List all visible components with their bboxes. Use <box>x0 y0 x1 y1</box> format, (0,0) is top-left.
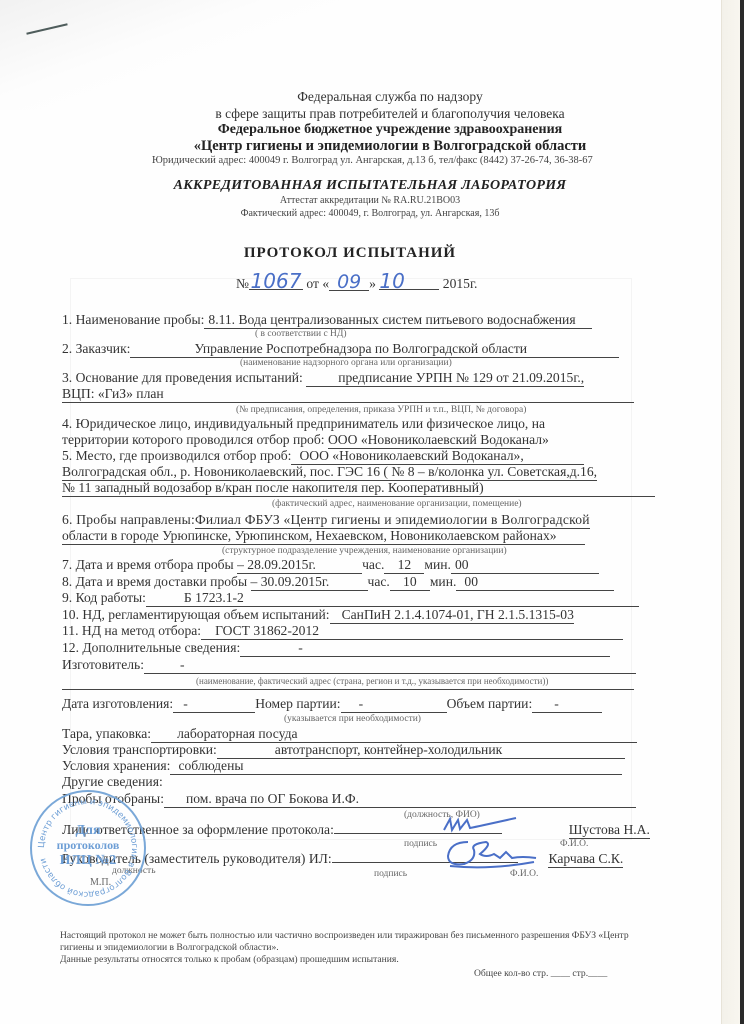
batch-label: Номер партии: <box>255 696 340 711</box>
work-code-value: Б 1723.1-2 <box>146 590 639 607</box>
scan-edge-border <box>740 0 744 1024</box>
field-sampling-place: 5. Место, где производился отбор проб:ОО… <box>62 448 584 465</box>
transport-value: автотранспорт, контейнер-холодильник <box>217 742 625 759</box>
label: 9. Код работы: <box>62 590 146 605</box>
manufacturer-value: - <box>144 657 636 674</box>
basis-value-1: предписание УРПН № 129 от 21.09.2015г., <box>306 370 584 387</box>
delivery-date: – 30.09.2015г. <box>251 574 368 591</box>
sampling-place-line-3: № 11 западный водозабор в/кран после нак… <box>62 480 655 497</box>
label: Тара, упаковка: <box>62 726 151 741</box>
protocol-number-row: №1067 от «09» 10 2015г. <box>236 273 477 292</box>
field-basis: 3. Основание для проведения испытаний: п… <box>62 370 584 387</box>
regulation-value: СанПиН 2.1.4.1074-01, ГН 2.1.5.1315-03 <box>330 607 574 624</box>
number-prefix: № <box>236 276 249 291</box>
head-signature-icon <box>430 836 540 872</box>
sampled-by-value: пом. врача по ОГ Бокова И.Ф. <box>164 791 636 808</box>
legal-address: Юридический адрес: 400049 г. Волгоград у… <box>152 155 593 166</box>
accreditation: Аттестат аккредитации № RA.RU.21ВО03 <box>140 195 600 206</box>
stamp-line-3: ИЛЦ №2 <box>32 854 144 868</box>
delivery-min: 00 <box>456 574 614 591</box>
stamp-line-2: протоколов <box>32 838 144 852</box>
label: 7. Дата и время отбора пробы <box>62 557 234 572</box>
field-extra-info: 12. Дополнительные сведения:- <box>62 640 610 657</box>
responsible-name: Шустова Н.А. <box>569 822 650 839</box>
sent-to-line-2: области в городе Урюпинске, Урюпинском, … <box>62 528 585 545</box>
field-package: Тара, упаковка:лабораторная посуда <box>62 726 637 743</box>
made-date-label: Дата изготовления: <box>62 696 173 711</box>
field-sampled-by: Пробы отобраны:пом. врача по ОГ Бокова И… <box>62 791 636 808</box>
sent-to-value-1: Филиал ФБУЗ «Центр гигиены и эпидемиолог… <box>195 512 590 529</box>
field-batch: Дата изготовления:-Номер партии:-Объем п… <box>62 696 602 713</box>
batch-value: - <box>341 696 447 713</box>
field-delivery-datetime: 8. Дата и время доставки пробы – 30.09.2… <box>62 574 614 591</box>
protocol-month: 10 <box>379 273 439 290</box>
extra-info-value: - <box>240 640 610 657</box>
label: 6. Пробы направлены: <box>62 512 195 527</box>
protocol-number: 1067 <box>249 273 303 290</box>
day-close: » <box>369 276 376 291</box>
made-date-value: - <box>173 696 255 713</box>
responsible-row: Лицо ответственное за оформление протоко… <box>62 822 650 839</box>
basis-value-2: ВЦП: «ГиЗ» план <box>62 386 634 403</box>
field-work-code: 9. Код работы:Б 1723.1-2 <box>62 590 639 607</box>
organization-stamp: Центр гигиены и эпидемиологии в Волгогра… <box>30 790 146 906</box>
field-transport: Условия транспортировки:автотранспорт, к… <box>62 742 625 759</box>
min-label: мин. <box>424 557 451 572</box>
batch-volume-value: - <box>532 696 602 713</box>
header-org-name: «Центр гигиены и эпидемиологии в Волгогр… <box>160 138 620 155</box>
field-customer: 2. Заказчик:Управление Роспотребнадзора … <box>62 341 619 358</box>
scan-edge-strip <box>721 0 740 1024</box>
sampling-hour: 12 <box>384 557 424 574</box>
label: Условия транспортировки: <box>62 742 217 757</box>
label: 5. Место, где производился отбор проб: <box>62 448 291 463</box>
field-manufacturer: Изготовитель:- <box>62 657 636 674</box>
protocol-day: 09 <box>329 274 369 291</box>
field-storage: Условия хранения:соблюдены <box>62 758 622 775</box>
lab-title: АККРЕДИТОВАННАЯ ИСПЫТАТЕЛЬНАЯ ЛАБОРАТОРИ… <box>140 178 600 194</box>
package-value: лабораторная посуда <box>151 726 637 743</box>
label: 1. Наименование пробы: <box>62 312 204 327</box>
label: территории которого проводился отбор про… <box>62 432 325 447</box>
field-sampling-method: 11. НД на метод отбора:ГОСТ 31862-2012 <box>62 623 623 640</box>
sent-to-caption: (структурное подразделение учреждения, н… <box>222 546 507 556</box>
customer-caption: (наименование надзорного органа или орга… <box>240 358 452 368</box>
footer-notice-2: гигиены и эпидемиологии в Волгоградской … <box>60 942 279 954</box>
basis-caption: (№ предписания, определения, приказа УРП… <box>236 405 526 415</box>
label: 12. Дополнительные сведения: <box>62 640 240 655</box>
footer-notice-3: Данные результаты относятся только к про… <box>60 954 399 966</box>
label: 11. НД на метод отбора: <box>62 623 201 638</box>
field-basis-line-2: ВЦП: «ГиЗ» план <box>62 386 634 403</box>
sampling-min: 00 <box>451 557 599 574</box>
protocol-title: ПРОТОКОЛ ИСПЫТАНИЙ <box>180 245 520 262</box>
responsible-name-caption: Ф.И.О. <box>560 839 588 849</box>
sampling-method-value: ГОСТ 31862-2012 <box>201 623 623 640</box>
min-label: мин. <box>430 574 457 589</box>
footer-notice-1: Настоящий протокол не может быть полност… <box>60 930 629 942</box>
header-line-1: Федеральная служба по надзору <box>160 89 620 105</box>
storage-value: соблюдены <box>170 758 622 775</box>
label: 2. Заказчик: <box>62 341 130 356</box>
label: 3. Основание для проведения испытаний: <box>62 370 303 385</box>
sample-name-value: 8.11. Вода централизованных систем питье… <box>204 312 591 329</box>
header-line-2: в сфере защиты прав потребителей и благо… <box>160 106 620 122</box>
protocol-year: 2015г. <box>443 276 478 291</box>
batch-volume-label: Объем партии: <box>447 696 533 711</box>
label: 10. НД, регламентирующая объем испытаний… <box>62 607 330 622</box>
customer-value: Управление Роспотребнадзора по Волгоград… <box>130 341 619 358</box>
label: 8. Дата и время доставки пробы <box>62 574 247 589</box>
sampling-date: – 28.09.2015г. <box>237 557 362 574</box>
from-label: от « <box>306 276 329 291</box>
field-legal-entity-label: 4. Юридическое лицо, индивидуальный пред… <box>62 416 545 432</box>
manufacturer-extra-line <box>62 689 634 690</box>
hour-label: час. <box>368 574 390 589</box>
sampling-place-value-2: Волгоградская обл., р. Новониколаевский,… <box>62 464 597 481</box>
label: Условия хранения: <box>62 758 170 773</box>
sample-name-caption: ( в соответствии с НД) <box>255 329 347 339</box>
delivery-hour: 10 <box>390 574 430 591</box>
batch-caption: (указывается при необходимости) <box>284 714 421 724</box>
sent-to-value-2: области в городе Урюпинске, Урюпинском, … <box>62 528 585 545</box>
field-sample-name: 1. Наименование пробы:8.11. Вода централ… <box>62 312 592 329</box>
legal-entity-value: ООО «Новониколаевский Водоканал» <box>328 432 530 449</box>
sampling-place-value-3: № 11 западный водозабор в/кран после нак… <box>62 480 655 497</box>
field-other-info: Другие сведения: <box>62 774 163 790</box>
manufacturer-caption: (наименование, фактический адрес (страна… <box>196 676 548 686</box>
sampling-place-caption: (фактический адрес, наименование организ… <box>272 499 522 509</box>
sampling-place-line-2: Волгоградская обл., р. Новониколаевский,… <box>62 464 597 481</box>
head-sign-caption: подпись <box>374 869 407 879</box>
field-sent-to: 6. Пробы направлены:Филиал ФБУЗ «Центр г… <box>62 512 590 529</box>
scanned-document-page: Федеральная служба по надзору в сфере за… <box>0 0 744 1024</box>
actual-address: Фактический адрес: 400049, г. Волгоград,… <box>140 208 600 219</box>
sampling-place-value-1: ООО «Новониколаевский Водоканал», <box>291 448 583 465</box>
field-sampling-datetime: 7. Дата и время отбора пробы – 28.09.201… <box>62 557 599 574</box>
hour-label: час. <box>362 557 384 572</box>
label: Изготовитель: <box>62 657 144 672</box>
head-name: Карчава С.К. <box>548 851 623 868</box>
field-regulation: 10. НД, регламентирующая объем испытаний… <box>62 607 574 624</box>
stamp-line-1: Для <box>32 824 144 838</box>
header-org-type: Федеральное бюджетное учреждение здравоо… <box>160 122 620 138</box>
field-legal-entity: территории которого проводился отбор про… <box>62 432 530 449</box>
page-count: Общее кол-во стр. ____ стр.____ <box>474 968 607 980</box>
responsible-signature-icon <box>440 814 520 836</box>
